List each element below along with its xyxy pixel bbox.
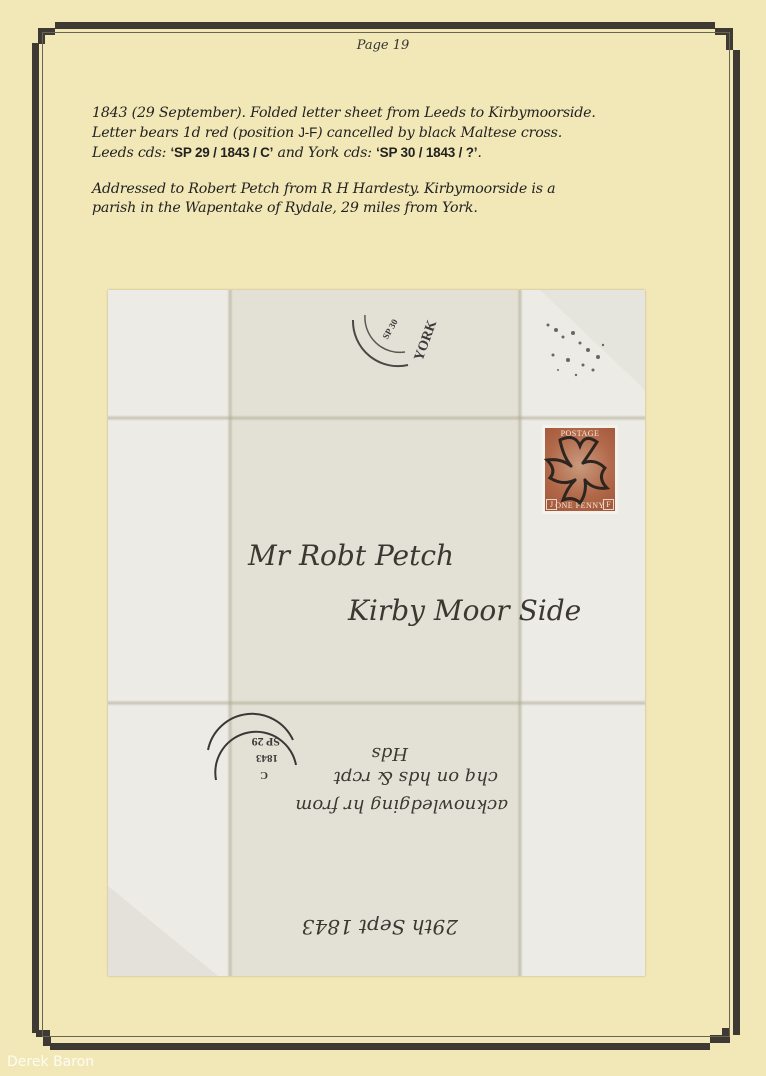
- svg-text:29th Sept 1843: 29th Sept 1843: [302, 915, 459, 939]
- address-line-2: Kirby Moor Side: [347, 594, 581, 627]
- handwritten-docket: 29th Sept 1843 acknowledging hr from chq…: [248, 730, 528, 950]
- frame-right: [733, 50, 740, 1035]
- description-paragraph-1: 1843 (29 September). Folded letter sheet…: [92, 104, 712, 163]
- york-cds-value: ‘SP 30 / 1843 / ?’: [376, 145, 477, 160]
- page-number: Page 19: [0, 38, 766, 53]
- svg-text:Hds: Hds: [372, 743, 409, 764]
- york-postmark: YORK SP 30: [333, 280, 493, 370]
- penny-red-stamp: POSTAGE ONE PENNY J F: [542, 425, 618, 514]
- svg-text:YORK: YORK: [412, 318, 440, 363]
- svg-text:acknowledging hr from: acknowledging hr from: [295, 795, 508, 816]
- description-line: Leeds cds: ‘SP 29 / 1843 / C’ and York c…: [92, 143, 712, 163]
- description-line: Addressed to Robert Petch from R H Harde…: [92, 180, 712, 199]
- description-line: parish in the Wapentake of Rydale, 29 mi…: [92, 199, 712, 218]
- frame-bottom: [50, 1043, 710, 1050]
- maltese-cross-cancel-icon: [535, 428, 621, 514]
- svg-text:chq on hds & rcpt: chq on hds & rcpt: [333, 767, 498, 788]
- frame-left: [32, 43, 39, 1033]
- description-paragraph-2: Addressed to Robert Petch from R H Harde…: [92, 180, 712, 218]
- description-line: Letter bears 1d red (position J-F) cance…: [92, 123, 712, 143]
- folded-letter-sheet: YORK SP 30 POSTAGE ONE PENNY J F: [108, 290, 645, 976]
- fold-line-left: [227, 290, 233, 976]
- svg-text:SP 30: SP 30: [380, 317, 400, 341]
- handwritten-address: Mr Robt Petch Kirby Moor Side: [238, 520, 618, 640]
- frame-top: [55, 22, 715, 29]
- address-line-1: Mr Robt Petch: [247, 539, 454, 572]
- fold-line-top: [108, 415, 645, 421]
- fold-line-middle: [108, 700, 645, 706]
- frame-corner-bl2: [43, 1036, 51, 1046]
- description-line: 1843 (29 September). Folded letter sheet…: [92, 104, 712, 123]
- leeds-cds-value: ‘SP 29 / 1843 / C’: [171, 145, 274, 160]
- photographer-watermark: Derek Baron: [7, 1054, 94, 1070]
- flap-corner-bl: [108, 886, 218, 976]
- faint-handstamp: [528, 315, 628, 395]
